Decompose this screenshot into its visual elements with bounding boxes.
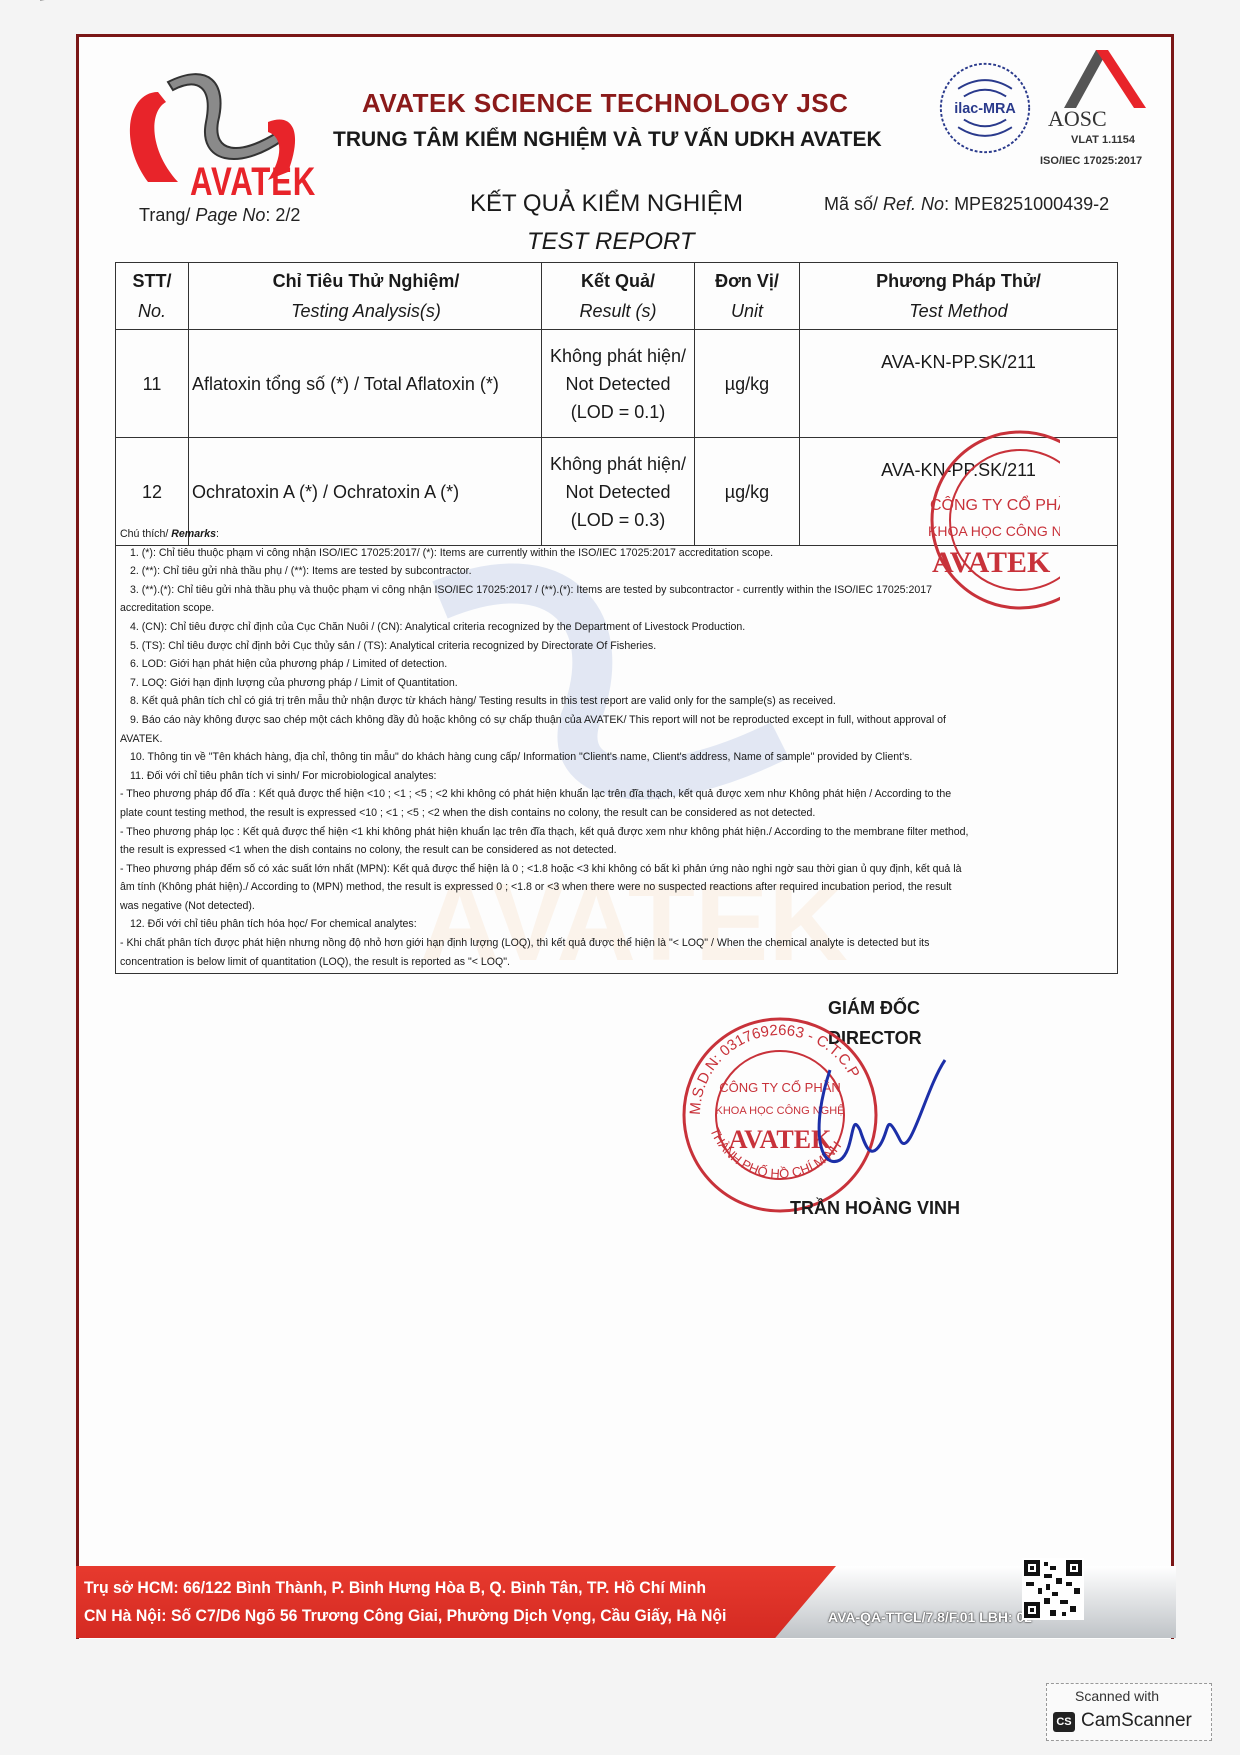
camscanner-watermark: Scanned with CS CamScanner [1046,1683,1212,1741]
remark-line: plate count testing method, the result i… [120,804,1113,823]
remark-line: - Theo phương pháp đếm số có xác suất lớ… [120,860,1113,879]
logo-text: AVATEK [190,160,316,205]
iso-label: ISO/IEC 17025:2017 [1040,155,1142,167]
qr-code-icon [1022,1555,1084,1623]
ref-value: : MPE8251000439-2 [944,194,1109,214]
remark-line: 4. (CN): Chỉ tiêu được chỉ định của Cục … [120,618,1113,637]
table-row: 11 Aflatoxin tổng số (*) / Total Aflatox… [116,330,1118,438]
remark-line: the result is expressed <1 when the dish… [120,841,1113,860]
remark-line: 7. LOQ: Giới hạn định lượng của phương p… [120,674,1113,693]
page-value: : 2/2 [265,205,300,225]
row-analysis: Aflatoxin tổng số (*) / Total Aflatoxin … [189,330,542,438]
page-label-en: Page No [195,205,265,225]
remark-line: - Theo phương pháp đổ đĩa : Kết quả được… [120,785,1113,804]
remark-line: - Theo phương pháp lọc : Kết quả được th… [120,823,1113,842]
scanned-with-label: Scanned with [1075,1688,1159,1704]
svg-text:CÔNG TY CỔ PHẦN: CÔNG TY CỔ PHẦN [930,495,1060,514]
footer-red-panel [76,1566,836,1638]
report-title-en: TEST REPORT [527,228,695,256]
header-no: STT/No. [116,263,189,330]
remark-line: 10. Thông tin về "Tên khách hàng, địa ch… [120,748,1113,767]
remark-line: was negative (Not detected). [120,897,1113,916]
row-method: AVA-KN-PP.SK/211 [800,330,1118,438]
form-code: AVA-QA-TTCL/7.8/F.01 LBH: 02 [828,1609,1032,1625]
header-result: Kết Quả/Result (s) [542,263,695,330]
report-title-vi: KẾT QUẢ KIỂM NGHIỆM [470,190,743,218]
footer-bar: Trụ sở HCM: 66/122 Bình Thành, P. Bình H… [76,1566,1176,1638]
remark-line: âm tính (Không phát hiện)./ According to… [120,878,1113,897]
reference-number: Mã số/ Ref. No: MPE8251000439-2 [824,194,1109,215]
camscanner-name: CamScanner [1081,1710,1192,1732]
page-label-vi: Trang/ [139,205,195,225]
remark-line: 12. Đối với chỉ tiêu phân tích hóa học/ … [120,915,1113,934]
row-no: 11 [116,330,189,438]
vlat-label: VLAT 1.1154 [1071,134,1135,146]
row-result: Không phát hiện/Not Detected(LOD = 0.1) [542,330,695,438]
remark-line: - Khi chất phân tích được phát hiện nhưn… [120,934,1113,953]
ref-label-en: Ref. No [883,194,944,214]
row-unit: µg/kg [695,330,800,438]
remark-line: 5. (TS): Chỉ tiêu được chỉ định bởi Cục … [120,637,1113,656]
remark-line: concentration is below limit of quantita… [120,953,1113,972]
header-method: Phương Pháp Thử/Test Method [800,263,1118,330]
director-signature-icon [800,1050,950,1200]
page-number: Trang/ Page No: 2/2 [139,205,300,226]
table-header-row: STT/No. Chỉ Tiêu Thử Nghiệm/Testing Anal… [116,263,1118,330]
footer-grey-panel [766,1566,1176,1638]
svg-text:KHOA HỌC CÔNG NGHỆ: KHOA HỌC CÔNG NGHỆ [928,523,1060,539]
company-stamp-partial-icon: CÔNG TY CỔ PHẦN KHOA HỌC CÔNG NGHỆ AVATE… [910,430,1060,610]
remark-line: 8. Kết quả phân tích chỉ có giá trị trên… [120,692,1113,711]
remark-line: AVATEK. [120,730,1113,749]
header-unit: Đơn Vị/Unit [695,263,800,330]
camscanner-logo-icon: CS [1053,1712,1075,1732]
company-name-en: AVATEK SCIENCE TECHNOLOGY JSC [362,88,848,119]
hcm-address: Trụ sở HCM: 66/122 Bình Thành, P. Bình H… [84,1578,706,1598]
svg-text:AVATEK: AVATEK [932,546,1051,579]
ref-label-vi: Mã số/ [824,194,883,214]
ilac-mra-badge-icon: ilac-MRA [937,60,1033,156]
aosc-label: AOSC [1048,106,1107,132]
remark-line: 6. LOD: Giới hạn phát hiện của phương ph… [120,655,1113,674]
remark-line: 9. Báo cáo này không được sao chép một c… [120,711,1113,730]
hanoi-address: CN Hà Nội: Số C7/D6 Ngõ 56 Trương Công G… [84,1606,726,1626]
header-analysis: Chỉ Tiêu Thử Nghiệm/Testing Analysis(s) [189,263,542,330]
remark-line: 11. Đối với chỉ tiêu phân tích vi sinh/ … [120,767,1113,786]
svg-text:ilac-MRA: ilac-MRA [954,101,1016,117]
company-name-vi: TRUNG TÂM KIỂM NGHIỆM VÀ TƯ VẤN UDKH AVA… [333,128,882,152]
signatory-name: TRẦN HOÀNG VINH [790,1198,960,1219]
